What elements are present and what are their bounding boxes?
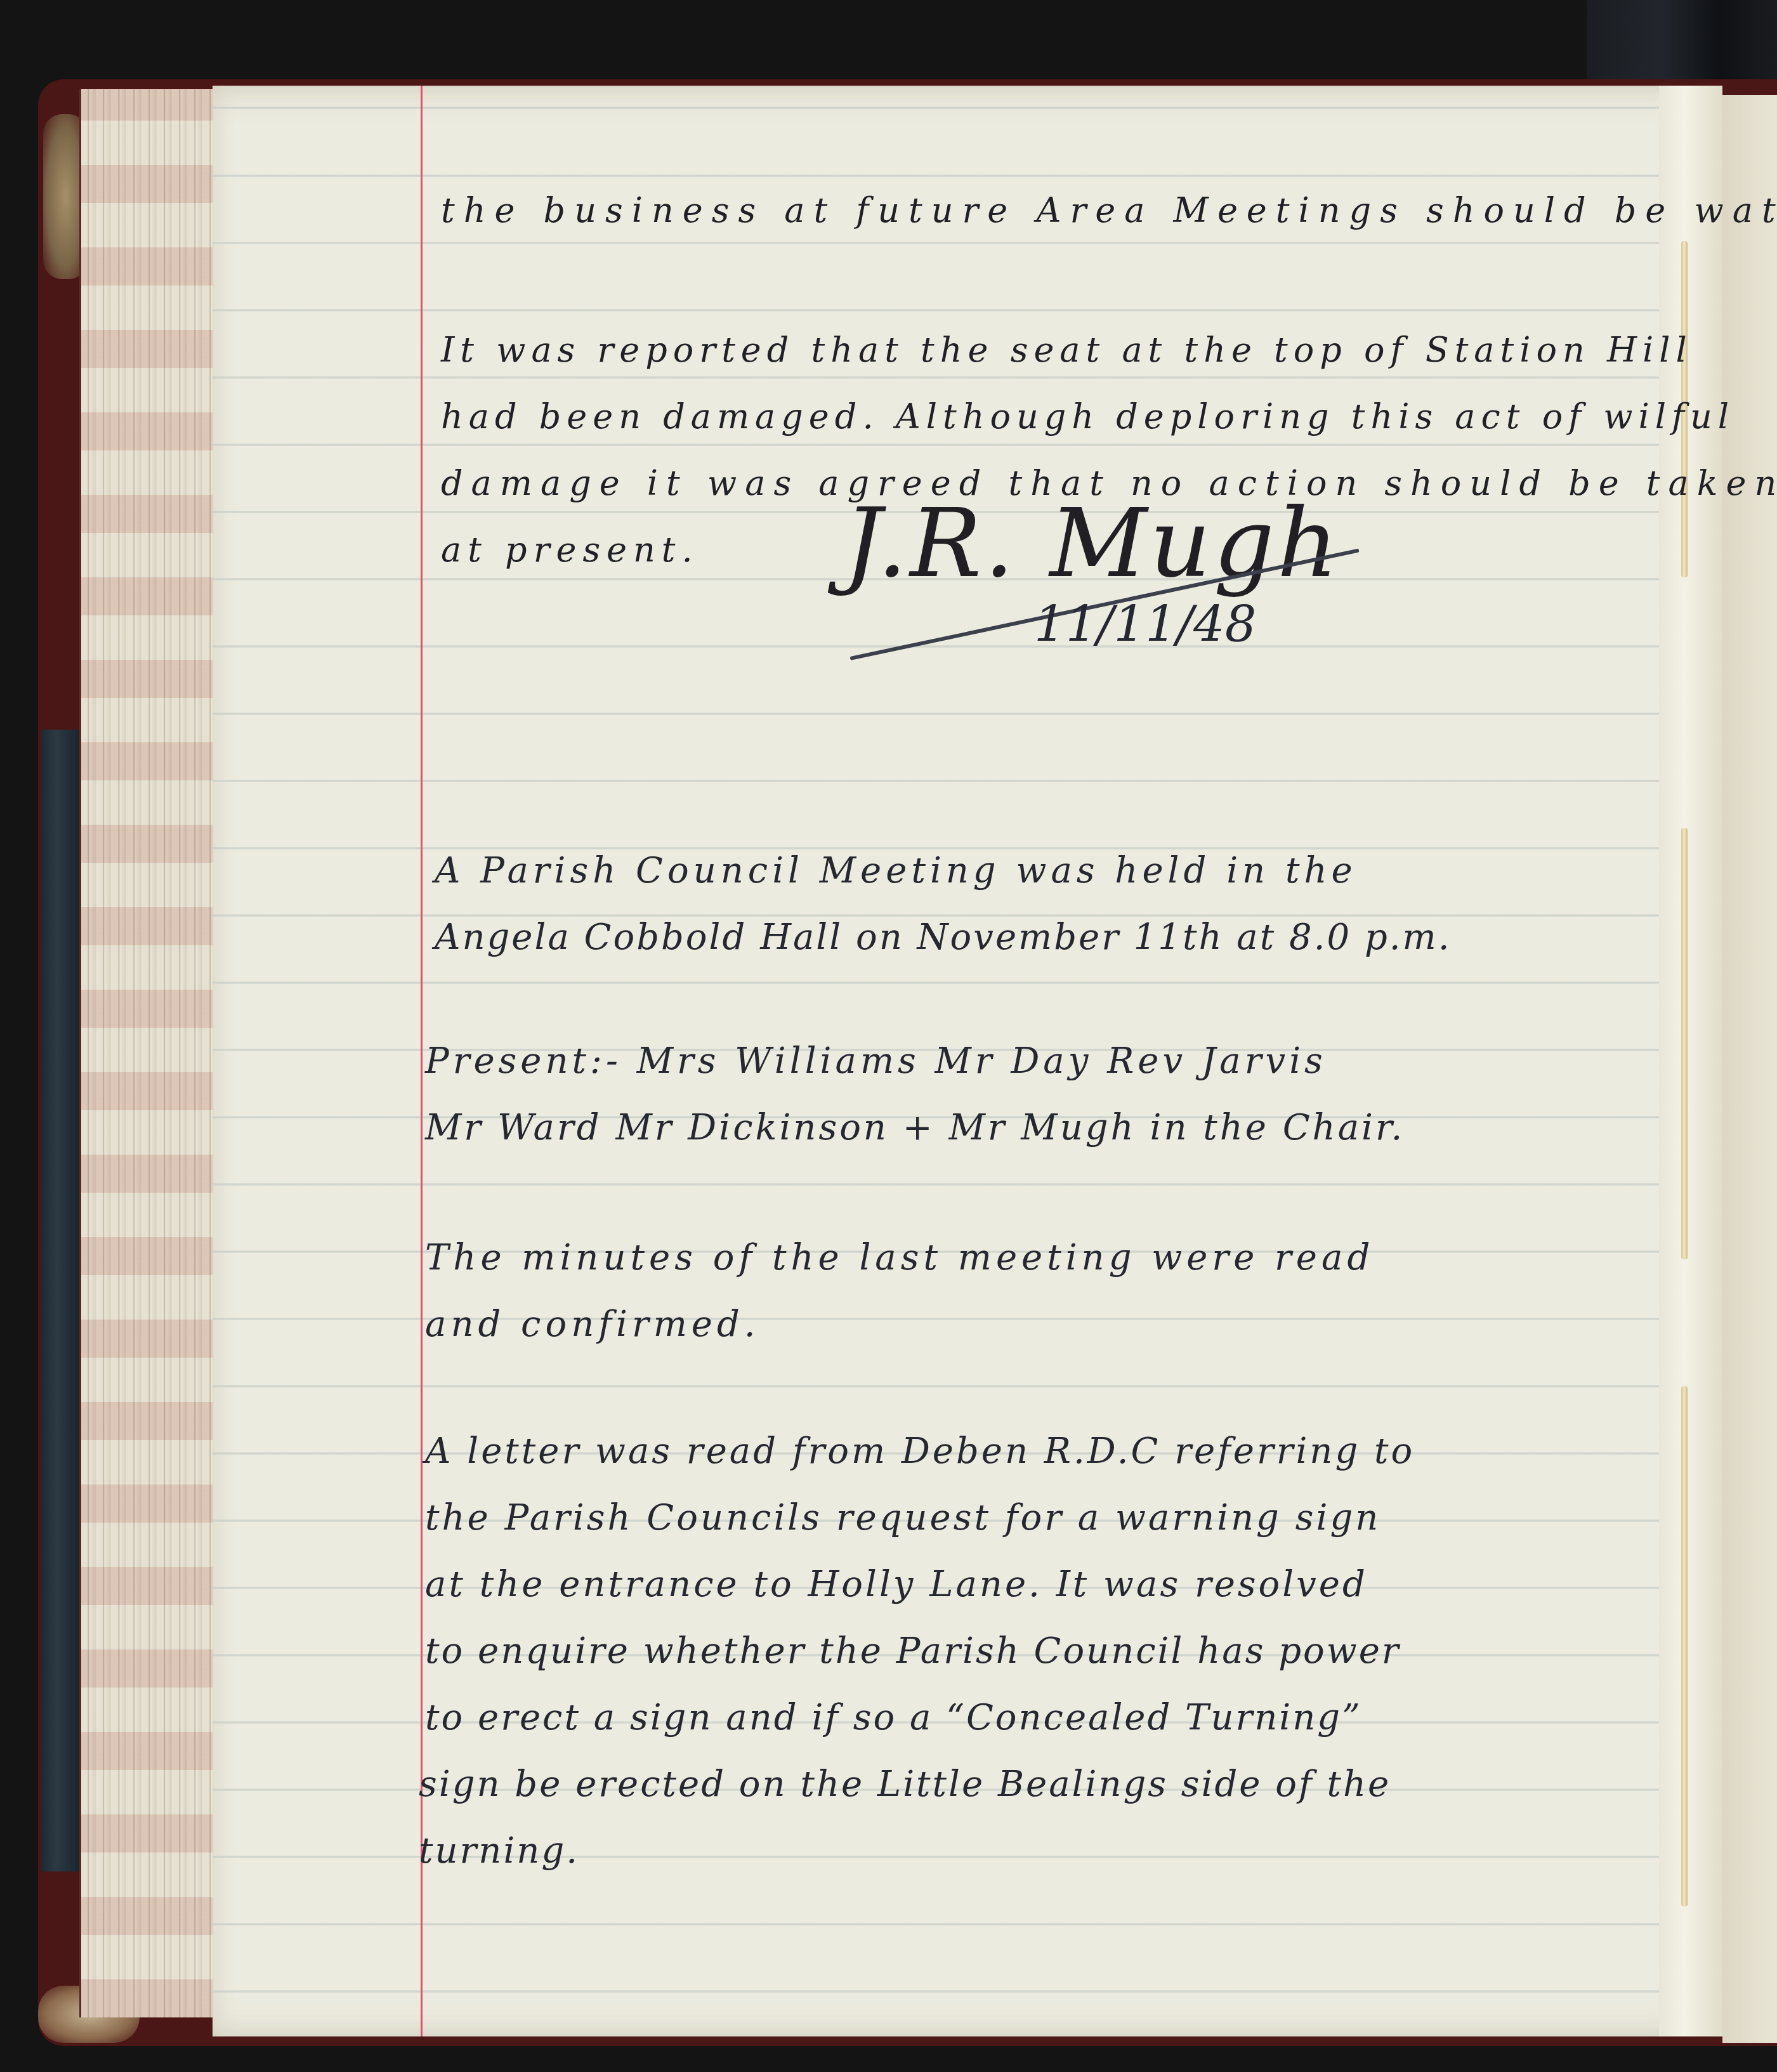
text-line: at present. — [441, 530, 699, 570]
letter-line: to enquire whether the Parish Council ha… — [425, 1630, 1401, 1672]
red-margin-line — [421, 86, 423, 2036]
letter-line: the Parish Councils request for a warnin… — [425, 1497, 1380, 1538]
letter-line: A letter was read from Deben R.D.C refer… — [425, 1431, 1415, 1472]
attendance-line: Mr Ward Mr Dickinson + Mr Mugh in the Ch… — [425, 1107, 1405, 1148]
text-line: It was reported that the seat at the top… — [441, 330, 1693, 370]
page-edge-stack — [79, 89, 214, 2017]
signature-date: 11/11/48 — [1034, 596, 1256, 653]
meeting-heading-line: A Parish Council Meeting was held in the — [435, 850, 1357, 891]
minutes-line: The minutes of the last meeting were rea… — [425, 1237, 1374, 1278]
letter-line: at the entrance to Holly Lane. It was re… — [425, 1564, 1368, 1605]
text-line: had been damaged. Although deploring thi… — [441, 397, 1734, 436]
attendance-line: Present:- Mrs Williams Mr Day Rev Jarvis — [425, 1040, 1327, 1082]
letter-line: sign be erected on the Little Bealings s… — [419, 1764, 1391, 1805]
facing-page-edge — [1722, 95, 1777, 2043]
text-line: the business at future Area Meetings sho… — [441, 190, 1777, 230]
background-dark-strip — [1587, 0, 1777, 89]
letter-line: to erect a sign and if so a “Concealed T… — [425, 1697, 1362, 1738]
cover-cloth-spine — [41, 730, 79, 1872]
handwritten-text: the business at future Area Meetings sho… — [441, 86, 1701, 2036]
meeting-heading-line: Angela Cobbold Hall on November 11th at … — [435, 917, 1451, 958]
chairman-signature: J.R. Mugh — [844, 488, 1341, 599]
letter-line: turning. — [419, 1830, 579, 1872]
minutes-line: and confirmed. — [425, 1304, 760, 1345]
